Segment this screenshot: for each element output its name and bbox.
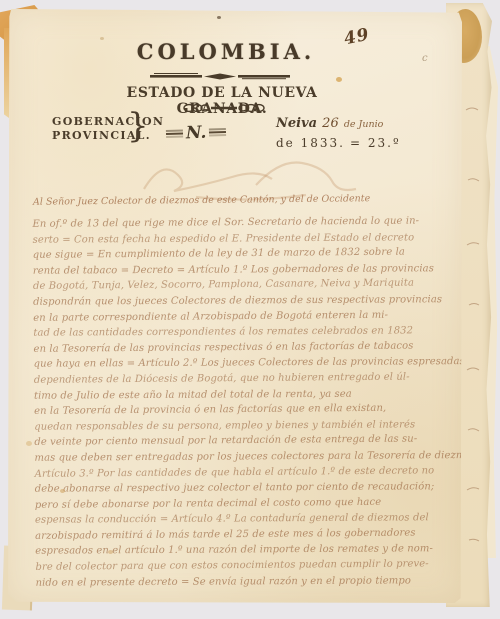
manuscript-line: timo de Julio de este año la mitad del t… xyxy=(34,386,460,404)
handwritten-month: de Junio xyxy=(344,119,384,130)
flourish-left xyxy=(166,132,183,135)
salutation-line: Al Señor Juez Colector de diezmos de est… xyxy=(33,193,363,207)
chain-ornament xyxy=(183,103,265,113)
letterhead-country-title: COLOMBIA. xyxy=(126,39,326,64)
place-name: Neiva xyxy=(276,116,317,131)
foxing-spot xyxy=(217,16,221,19)
letter-sheet: 49 c COLOMBIA. ESTADO DE LA NUEVA GRANAD… xyxy=(8,9,462,603)
manuscript-line: tad de las cantidades correspondientes á… xyxy=(33,323,459,341)
flourish-right xyxy=(209,131,226,134)
ink-fragments-on-under-sheet xyxy=(460,70,490,570)
manuscript-line: debe abonarse al respectivo juez colecto… xyxy=(35,479,461,497)
photograph-of-document: 49 c COLOMBIA. ESTADO DE LA NUEVA GRANAD… xyxy=(0,0,500,619)
manuscript-line: espensas la conducción = Artículo 4.º La… xyxy=(35,510,461,528)
manuscript-line: nido en el presente decreto = Se envía i… xyxy=(36,573,462,591)
foxing-spot xyxy=(60,489,65,493)
manuscript-line: que haya en ellas = Artículo 2.º Los jue… xyxy=(34,354,460,372)
manuscript-line: mas que deben ser entregadas por los jue… xyxy=(34,448,460,466)
number-label: N. xyxy=(186,123,207,144)
foxing-spot xyxy=(108,550,113,554)
manuscript-line: espresados en el artículo 1.º una razón … xyxy=(35,542,461,560)
printed-brace: } xyxy=(127,109,149,143)
ornamental-rule xyxy=(150,72,290,82)
foxing-spot xyxy=(336,77,342,82)
handwritten-day: 26 xyxy=(322,116,339,131)
handwritten-letter-mark: c xyxy=(422,53,428,64)
foxing-spot xyxy=(26,441,32,446)
manuscript-line: dispondrán que los jueces Colectores de … xyxy=(33,292,459,310)
manuscript-body: En of.º de 13 del que rige me dice el So… xyxy=(32,213,461,591)
handwritten-folio-number: 49 xyxy=(342,25,371,50)
manuscript-line: quedan responsables de su persona, emple… xyxy=(34,417,460,435)
manuscript-line: serto = Con esta fecha ha espedido el E.… xyxy=(33,230,459,248)
manuscript-line: renta del tabaco = Decreto = Artículo 1.… xyxy=(33,261,459,279)
foxing-spot xyxy=(100,37,104,40)
number-field: N. xyxy=(166,122,227,144)
